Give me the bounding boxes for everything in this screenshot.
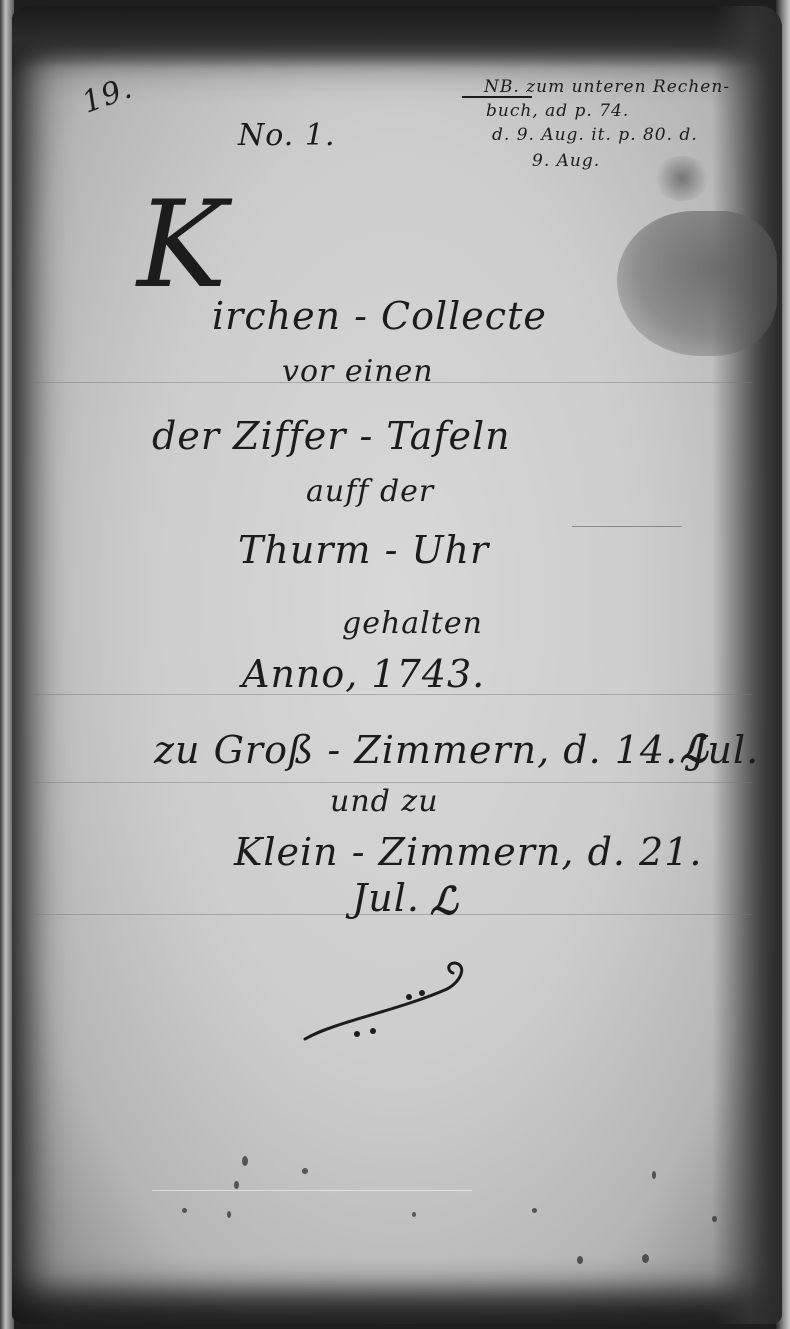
margin-note-line: NB. zum unteren Rechen- <box>484 76 730 98</box>
signature-mark: ℒ <box>680 726 708 771</box>
heading-number: No. 1. <box>238 118 335 153</box>
title-line: irchen - Collecte <box>212 294 547 338</box>
place-line-date: Jul. <box>352 876 420 920</box>
right-edge-discoloration <box>712 6 782 1324</box>
title-line: der Ziffer - Tafeln <box>152 414 511 458</box>
margin-note-line: d. 9. Aug. it. p. 80. d. <box>492 124 698 146</box>
water-stain <box>617 211 777 356</box>
ink-speck <box>302 1168 308 1174</box>
ink-speck <box>642 1254 649 1263</box>
place-line-klein-zimmern: Klein - Zimmern, d. 21. <box>234 830 702 874</box>
title-initial: K <box>137 186 227 306</box>
margin-note-line: buch, ad p. 74. <box>486 100 629 122</box>
ink-speck <box>227 1211 231 1218</box>
folio-number: 19. <box>78 70 138 120</box>
signature-mark: ℒ <box>430 878 458 923</box>
ink-speck <box>234 1181 239 1189</box>
title-line: auff der <box>306 474 434 509</box>
manuscript-scan: 19. NB. zum unteren Rechen- buch, ad p. … <box>0 0 790 1329</box>
ink-speck <box>412 1212 416 1217</box>
title-line: Thurm - Uhr <box>238 528 489 572</box>
place-line-connector: und zu <box>330 784 439 819</box>
ink-speck <box>532 1208 537 1213</box>
ink-speck <box>712 1216 717 1222</box>
place-line-gross-zimmern: zu Groß - Zimmern, d. 14. Jul. <box>154 728 759 772</box>
margin-note-line: 9. Aug. <box>532 150 600 172</box>
ink-speck <box>242 1156 248 1166</box>
title-line-year: Anno, 1743. <box>242 652 485 696</box>
water-stain-small <box>652 156 712 201</box>
title-line: vor einen <box>282 354 434 389</box>
manuscript-page: 19. NB. zum unteren Rechen- buch, ad p. … <box>12 6 782 1324</box>
top-discoloration <box>12 6 782 68</box>
ruled-line <box>32 782 752 783</box>
ink-speck <box>182 1208 187 1213</box>
crease-line <box>152 1190 472 1191</box>
ink-speck <box>652 1171 656 1179</box>
ruled-line <box>572 526 682 527</box>
closing-flourish-icon <box>297 951 477 1051</box>
ink-speck <box>577 1256 583 1264</box>
title-line: gehalten <box>342 606 483 641</box>
